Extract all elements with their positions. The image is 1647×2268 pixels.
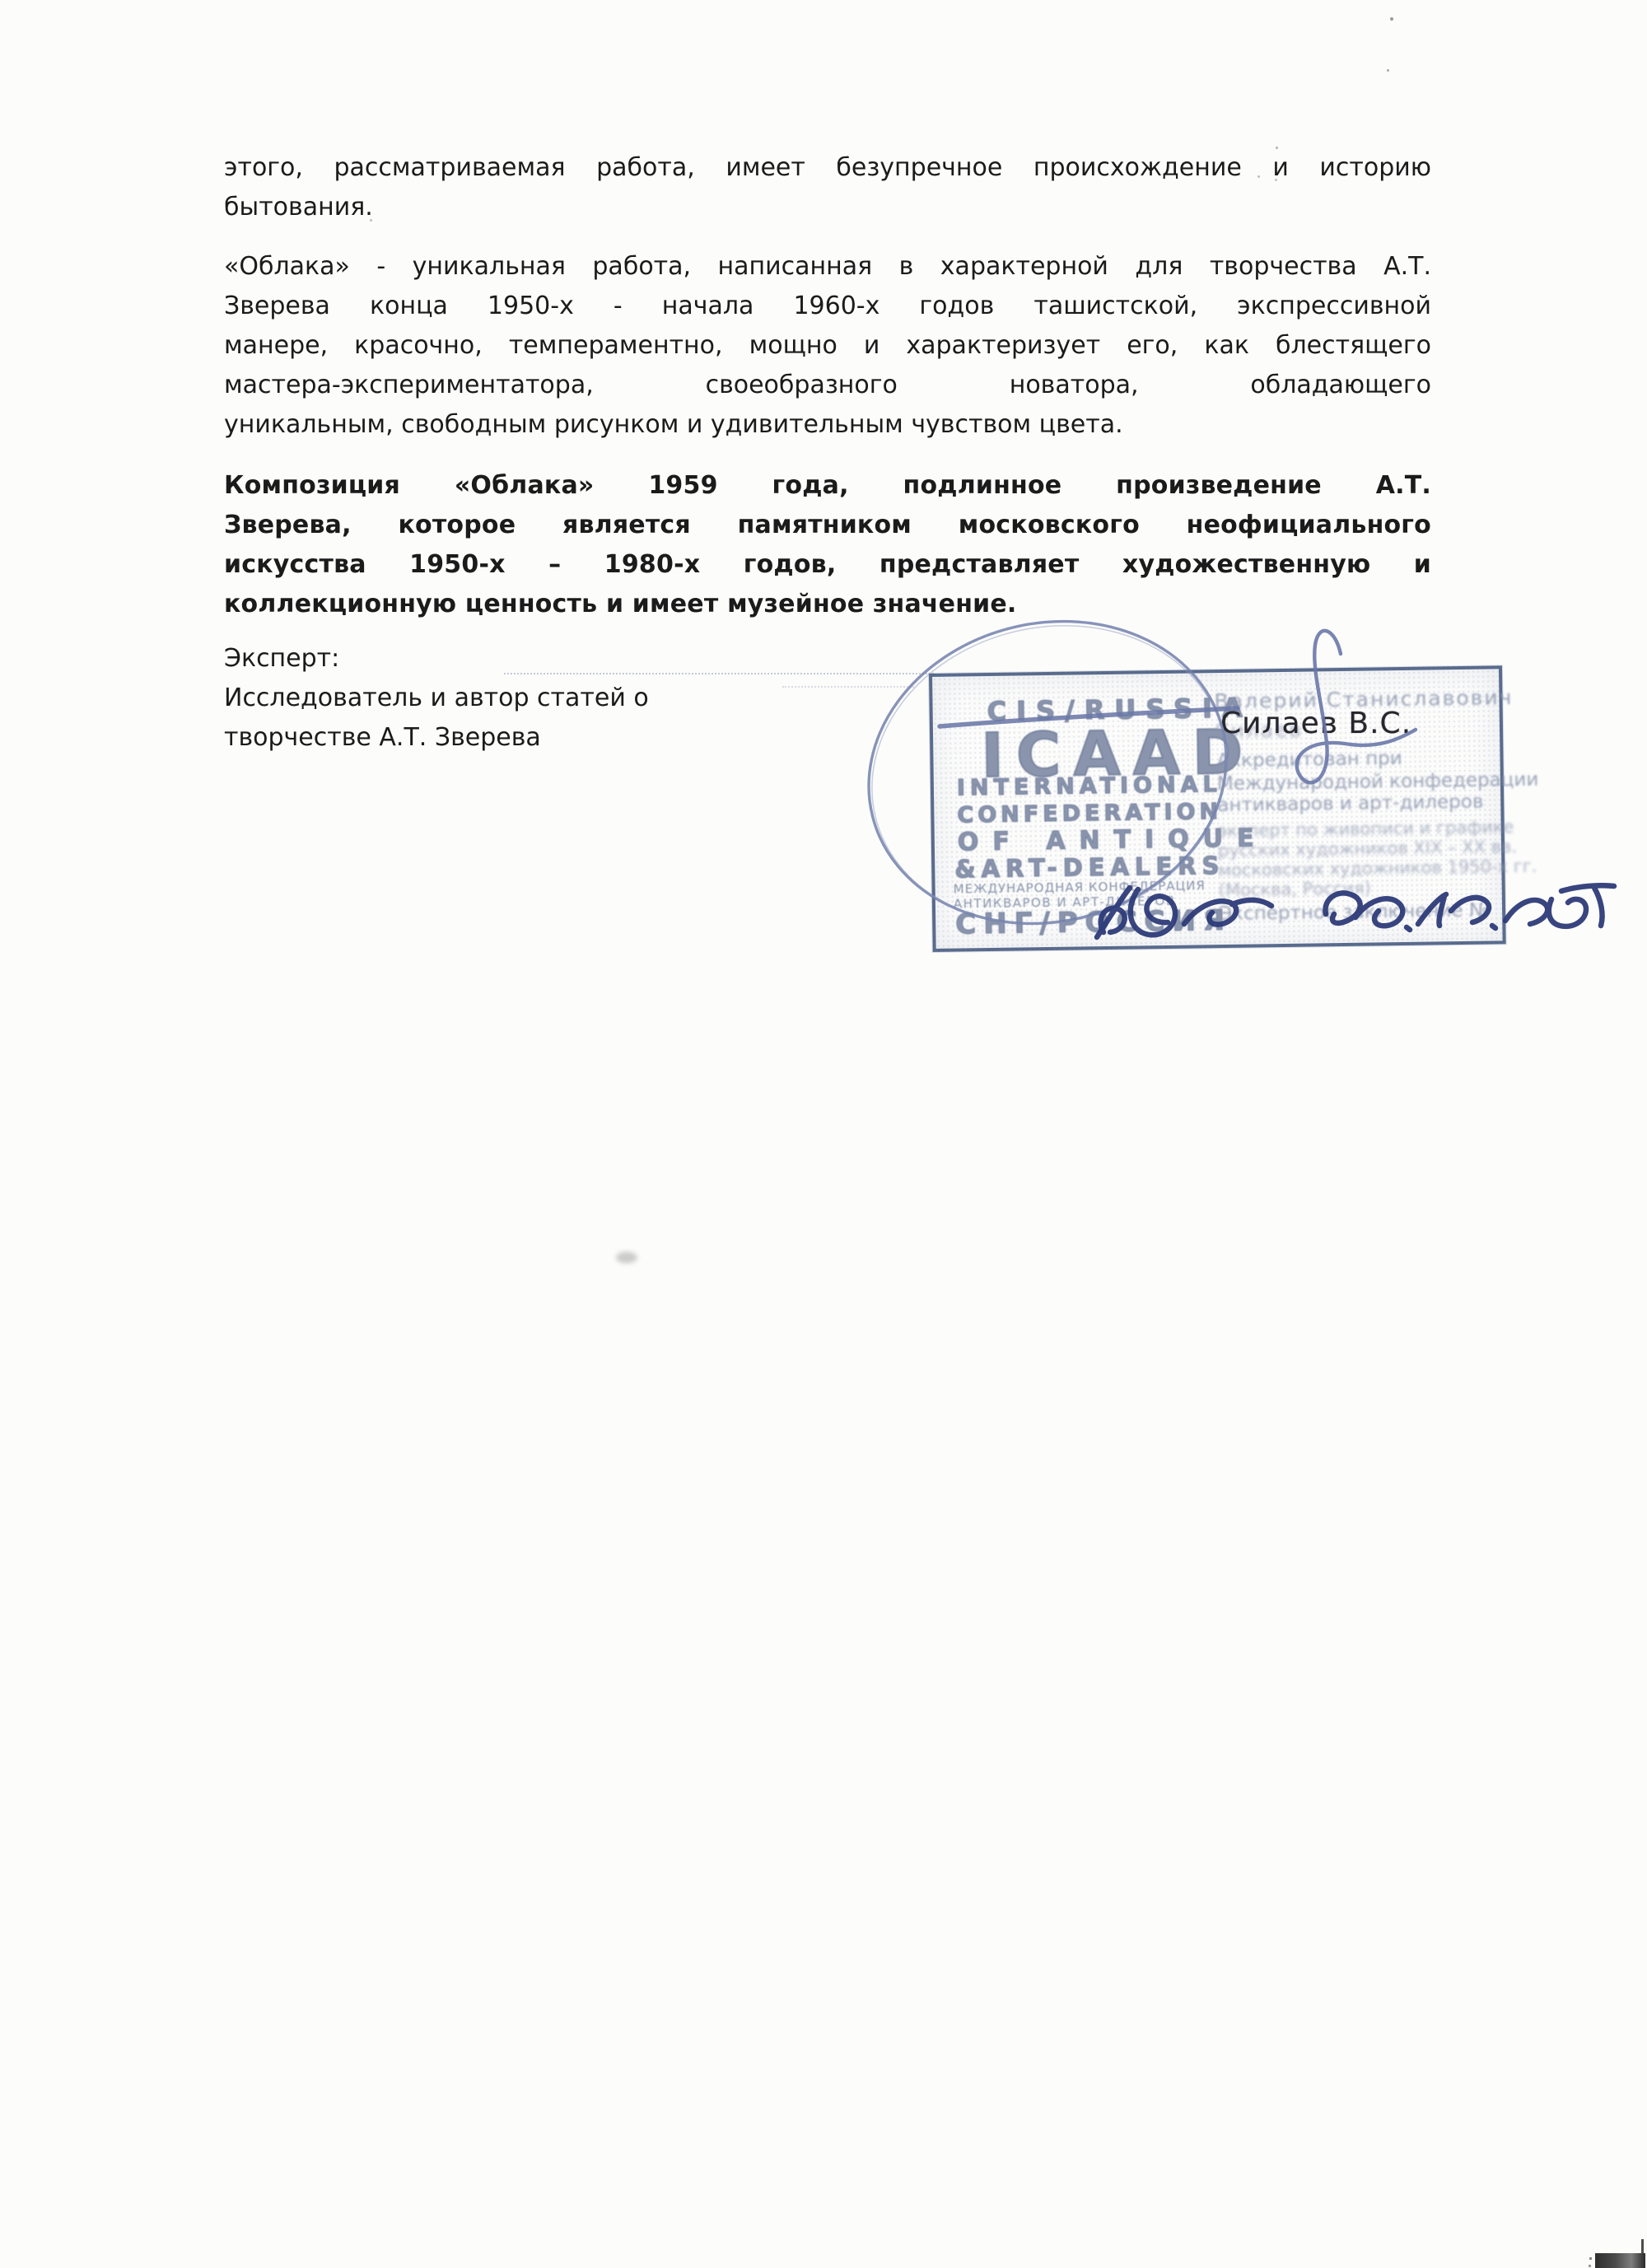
text-line: искусства 1950-х – 1980-х годов, предста… <box>224 545 1431 585</box>
scan-speck <box>1589 2257 1592 2260</box>
scan-speck <box>1257 175 1260 178</box>
scan-speck <box>1387 69 1389 72</box>
text-line: Зверева конца 1950-х - начала 1960-х год… <box>224 287 1431 326</box>
stamp-line-sng-russia: СНГ/РОССИЯ <box>955 904 1232 941</box>
scan-speck <box>1276 147 1278 149</box>
scan-smudge <box>616 1252 637 1263</box>
text-line: Композиция «Облака» 1959 года, подлинное… <box>224 466 1431 506</box>
stamp-line-international: INTERNATIONAL <box>957 772 1222 800</box>
stamp-credentials-line: московских художников 1950-х гг. <box>1218 856 1537 880</box>
stamp-line-confederation: CONFEDERATION <box>957 799 1222 828</box>
scan-speck <box>370 219 372 222</box>
paragraph-description: «Облака» - уникальная работа, написанная… <box>224 247 1431 445</box>
scan-artifact-line <box>1641 2239 1644 2254</box>
document-page: этого, рассматриваемая работа, имеет без… <box>0 0 1647 2268</box>
text-line: бытования. <box>224 188 1431 227</box>
stamp-accredited-line: антикваров и арт-дилеров <box>1217 791 1483 817</box>
text-line: мастера-экспериментатора, своеобразного … <box>224 366 1431 405</box>
expert-name: Силаев В.С. <box>1220 707 1411 740</box>
scan-speck <box>1390 17 1393 21</box>
scan-speck <box>1589 2265 1591 2267</box>
paragraph-conclusion-bold: Композиция «Облака» 1959 года, подлинное… <box>224 466 1431 624</box>
dotted-scan-line <box>782 686 914 688</box>
text-line: манере, красочно, темпераментно, мощно и… <box>224 326 1431 366</box>
text-line: «Облака» - уникальная работа, написанная… <box>224 247 1431 287</box>
text-line: коллекционную ценность и имеет музейное … <box>224 585 1431 624</box>
paragraph-provenance: этого, рассматриваемая работа, имеет без… <box>224 148 1431 227</box>
scan-speck <box>1275 179 1277 181</box>
text-line: этого, рассматриваемая работа, имеет без… <box>224 148 1431 188</box>
stamp-city-line: (Москва, Россия) <box>1219 879 1371 901</box>
stamp-accredited-line: Международной конфедерации <box>1217 769 1539 795</box>
scan-artifact-bar <box>1595 2253 1645 2268</box>
confederation-stamp: CIS/RUSSIA ICAAD INTERNATIONAL CONFEDERA… <box>929 665 1506 952</box>
stamp-conclusion-number-line: Экспертное заключение № <box>1219 900 1489 926</box>
stamp-accredited-line: Аккредитован при <box>1216 748 1402 772</box>
dotted-scan-line <box>504 673 934 674</box>
text-line: Зверева, которое является памятником мос… <box>224 506 1431 545</box>
text-line: уникальным, свободным рисунком и удивите… <box>224 405 1431 445</box>
